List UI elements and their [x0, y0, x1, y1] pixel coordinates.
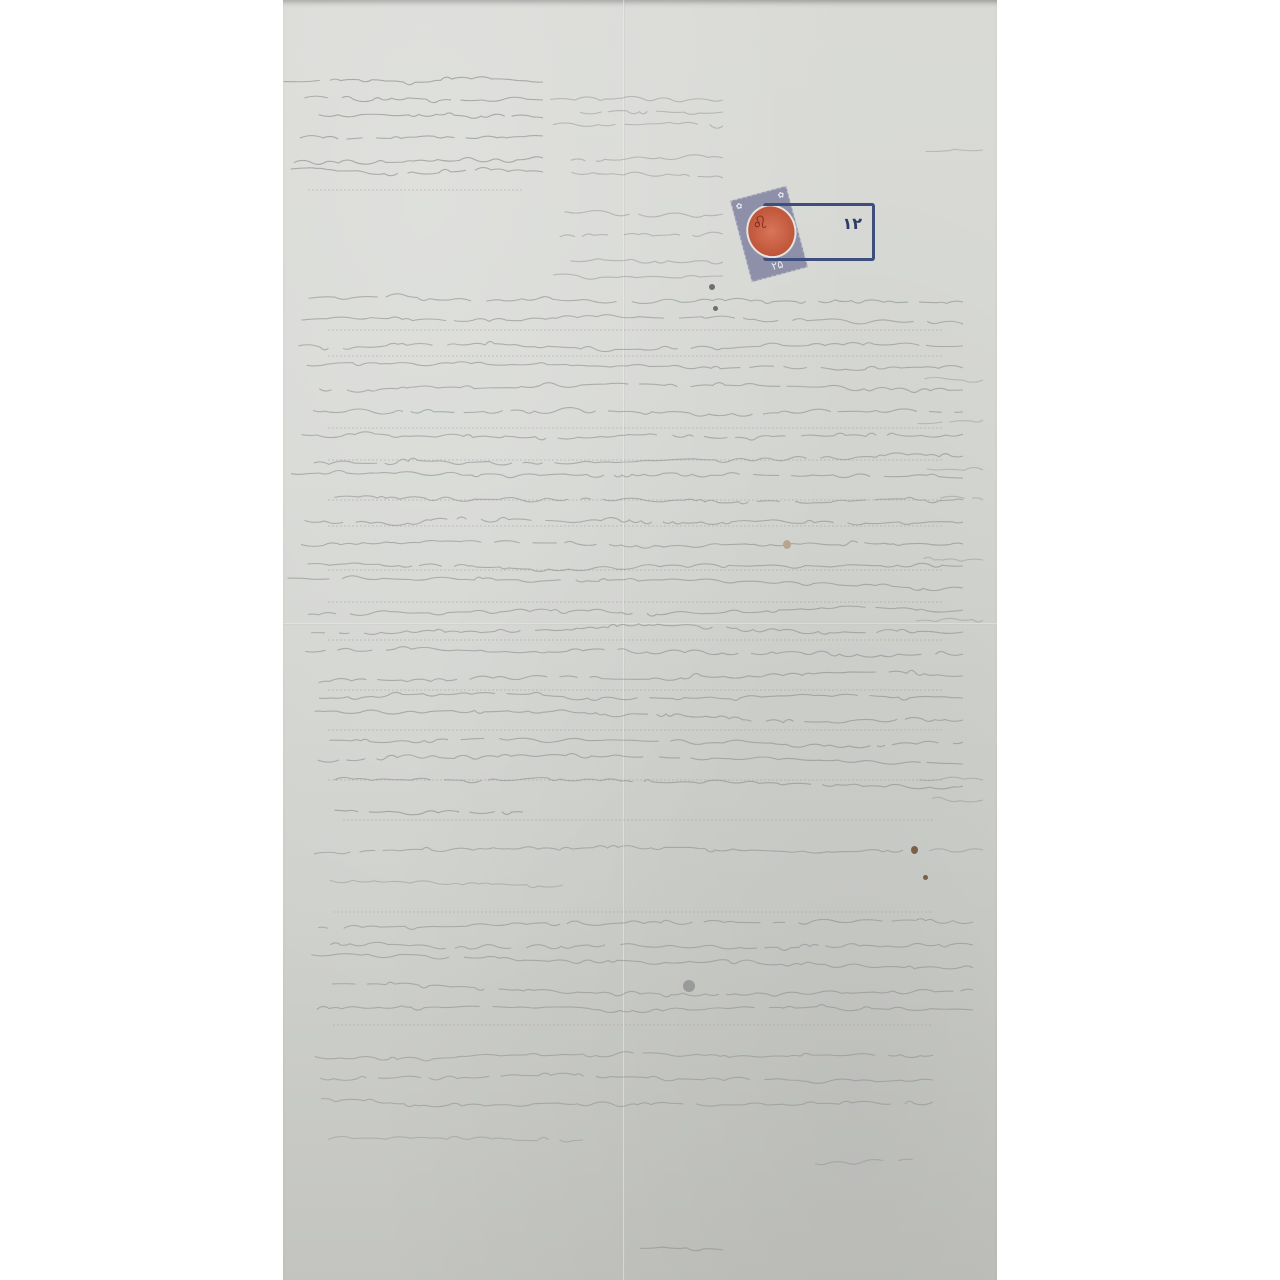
ink-spot: [713, 306, 718, 311]
ink-spot: [923, 875, 928, 880]
ink-spot: [783, 540, 791, 549]
stamp-corner-ornament: ✿: [777, 190, 786, 200]
handwritten-text: [283, 0, 997, 1280]
seal-text: ۱۲: [842, 214, 862, 233]
ink-spot: [911, 846, 918, 854]
document-page: ✿ ✿ ♌ ۲۵ ۱۲: [283, 0, 997, 1280]
stamp-corner-ornament: ✿: [735, 201, 744, 211]
ink-spot: [683, 980, 695, 992]
ink-spot: [709, 284, 715, 290]
ink-seal: ۱۲: [763, 203, 875, 261]
